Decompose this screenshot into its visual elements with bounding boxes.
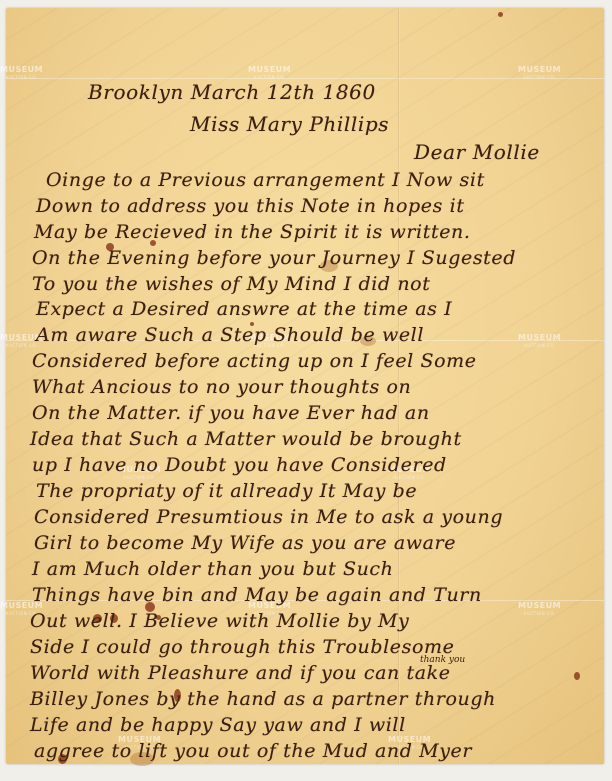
letter-line: up I have no Doubt you have Considered [32,454,447,476]
paper-fold-horizontal [6,78,604,79]
letter-line: Idea that Such a Matter would be brought [30,428,462,450]
letter-line: On the Matter. if you have Ever had an [32,402,430,424]
letter-line: Things have bin and May be again and Tur… [32,584,482,606]
ink-stain [574,672,580,680]
letter-line: Oinge to a Previous arrangement I Now si… [46,169,485,191]
letter-line: Expect a Desired answre at the time as I [36,298,452,320]
letter-line: Billey Jones by the hand as a partner th… [30,688,496,710]
watermark: MUSEUMAUCTION CO. [518,334,561,350]
letter-line: Side I could go through this Troublesome [30,636,455,658]
letter-line: Out well. I Believe with Mollie by My [30,610,409,632]
watermark: MUSEUMAUCTION CO. [518,66,561,82]
letter-line: Am aware Such a Step Should be well [36,324,424,346]
ink-stain [498,12,503,17]
letter-line: The propriaty of it allready It May be [36,480,417,502]
letter-line: Down to address you this Note in hopes i… [36,195,465,217]
letter-line: Life and be happy Say yaw and I will [30,714,406,736]
letter-line: On the Evening before your Journey I Sug… [32,247,516,269]
letter-line: aggree to lift you out of the Mud and My… [34,740,472,762]
letter-line: To you the wishes of My Mind I did not [32,273,430,295]
letter-line: I am Much older than you but Such [32,558,394,580]
letter-line: May be Recieved in the Spirit it is writ… [34,221,471,243]
letter-recipient: Miss Mary Phillips [190,112,389,136]
letter-place-date: Brooklyn March 12th 1860 [88,80,376,104]
letter-line: What Ancious to no your thoughts on [32,376,411,398]
letter-salutation: Dear Mollie [414,140,540,164]
watermark: MUSEUMAUCTION CO. [0,66,43,82]
letter-line: Considered Presumtious in Me to ask a yo… [34,506,503,528]
letter-line: World with Pleashure and if you can take [30,662,451,684]
watermark: MUSEUMAUCTION CO. [518,602,561,618]
letter-line: Considered before acting up on I feel So… [32,350,477,372]
letter-line: Girl to become My Wife as you are aware [34,532,456,554]
